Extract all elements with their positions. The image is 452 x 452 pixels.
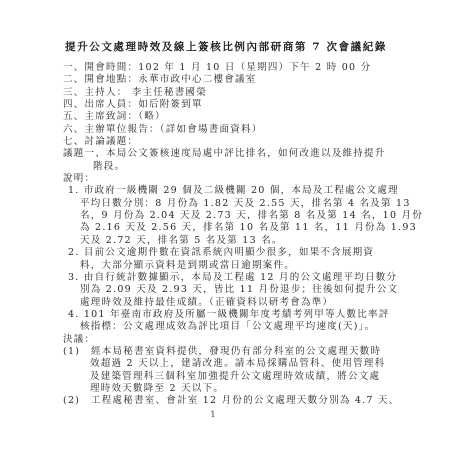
explanation-item-1-cont: 為 2.16 天及 2.56 天，排名第 10 名及第 11 名，11 月份為 … [63, 222, 432, 234]
resolution-item-1-cont: 及建築管理科三個科室加強提升公文處理時效成績，將公文處 [63, 371, 432, 383]
topic-one-line-cont: 階段。 [63, 161, 432, 173]
topic-one-line: 議題一、本局公文簽核速度局處中評比排名，如何改進以及維持提升 [63, 148, 432, 160]
explanation-item-1-cont: 名，9 月份為 2.04 天及 2.73 天，排名第 8 名及第 14 名，10… [63, 210, 432, 222]
resolution-item-2: (2) 工程處秘書室、會計室 12 月份的公文處理天數分別為 4.7 天、 [63, 395, 432, 407]
explanation-item-1-cont: 平均日數分別：8 月份為 1.82 天及 2.55 天，排名第 4 名及第 13 [63, 198, 432, 210]
explanation-item-4: 4. 101 年臺南市政府及所屬一級機關年度考績考列甲等人數比率評 [63, 309, 432, 321]
resolution-heading: 決議： [63, 334, 432, 346]
document-page: 提升公文處理時效及線上簽核比例內部研商第 7 次會議紀錄 一、開會時間：102 … [0, 0, 452, 452]
explanation-item-3-cont: 處理時效及維持最佳成績。（正確資料以研考會為準） [63, 297, 432, 309]
discussion-topics-line: 七、討論議題： [63, 136, 432, 148]
chairperson-line: 三、主持人： 李主任秘書國榮 [63, 87, 432, 99]
explanation-item-1-cont: 天及 2.72 天，排名第 5 名及第 13 名。 [63, 235, 432, 247]
explanation-item-2: 2. 目前公文逾期件數在資訊系統內明顯少很多，如果不含展期資 [63, 247, 432, 259]
explanation-item-3-cont: 別為 2.09 天及 2.93 天，皆比 11 月份退步；往後如何提升公文 [63, 284, 432, 296]
explanation-item-3: 3. 由自行統計數據顯示，本局及工程處 12 月的公文處理平均日數分 [63, 272, 432, 284]
document-title: 提升公文處理時效及線上簽核比例內部研商第 7 次會議紀錄 [0, 39, 452, 54]
meeting-time-line: 一、開會時間：102 年 1 月 10 日（星期四）下午 2 時 00 分 [63, 62, 432, 74]
explanation-heading: 說明： [63, 173, 432, 185]
resolution-item-1: (1) 經本局秘書室資料提供，發現仍有部分科室的公文處理天數時 [63, 346, 432, 358]
attendees-line: 四、出席人員：如后附簽到單 [63, 99, 432, 111]
document-body: 一、開會時間：102 年 1 月 10 日（星期四）下午 2 時 00 分 二、… [63, 62, 432, 408]
meeting-place-line: 二、開會地點：永華市政中心二樓會議室 [63, 74, 432, 86]
chair-remarks-line: 五、主席致詞：（略） [63, 111, 432, 123]
resolution-item-1-cont: 理時效天數降至 2 天以下。 [63, 383, 432, 395]
resolution-item-1-cont: 效超過 2 天以上，建請改進。請本局採購品管科、使用管理科 [63, 358, 432, 370]
page-number: 1 [0, 410, 426, 420]
organizer-report-line: 六、主辦單位報告：（詳如會場書面資料） [63, 124, 432, 136]
explanation-item-1: 1. 市政府一級機關 29 個及二級機關 20 個，本局及工程處公文處理 [63, 185, 432, 197]
explanation-item-2-cont: 料，大部分顯示資料是到期或當日逾期案件。 [63, 260, 432, 272]
explanation-item-4-cont: 核指標：公文處理成效為評比項目「公文處理平均速度(天)」。 [63, 321, 432, 333]
